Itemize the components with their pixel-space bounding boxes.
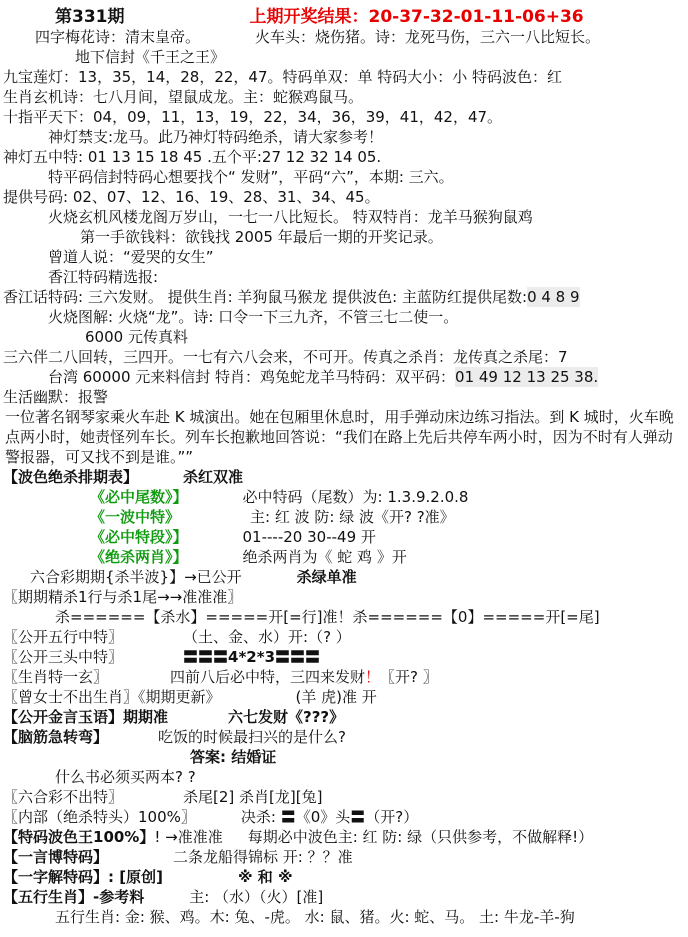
text-segment: 点两小时，她责怪列车长。列车长抱歉地回答说：“我们在路上先后共停车两小时，因为不… bbox=[5, 427, 673, 447]
text-line: 《必中特段》】01----20 30--49 开 bbox=[0, 527, 688, 547]
text-segment: 〖公开三头中特〗 bbox=[3, 647, 123, 667]
text-segment: 神灯五中特: 01 13 15 18 45 .五个平:27 12 32 14 0… bbox=[3, 147, 381, 167]
text-segment: 杀红双准 bbox=[183, 467, 243, 487]
text-line: 地下信封《千王之王》 bbox=[0, 47, 688, 67]
text-line: 火烧玄机风楼龙阁万岁山，一七一八比短长。 特双特肖：龙羊马猴狗鼠鸡 bbox=[0, 207, 688, 227]
text-segment: 提供号码: 02、07、12、16、19、28、31、34、45。 bbox=[3, 187, 380, 207]
text-segment: 主: （水）（火）[准] bbox=[189, 887, 323, 907]
text-line: 6000 元传真料 bbox=[0, 327, 688, 347]
text-segment: 神灯禁支:龙马。此乃神灯特码绝杀，请大家参考！ bbox=[48, 127, 383, 147]
text-segment: 《必中尾数》】 bbox=[90, 487, 188, 507]
text-segment: 九宝莲灯：13，35，14，28，22，47。特码单双：单 特码大小：小 特码波… bbox=[3, 67, 562, 87]
text-line: 第一手欲钱料：欲钱找 2005 年最后一期的开奖记录。 bbox=[0, 227, 688, 247]
last-draw-result: 上期开奖结果：20-37-32-01-11-06+36 bbox=[250, 7, 584, 27]
header-line: 第331期上期开奖结果：20-37-32-01-11-06+36 bbox=[0, 7, 688, 27]
text-segment: 【波色绝杀排期表】 bbox=[3, 467, 138, 487]
text-line: 三六伴二八回转，三四开。一七有六八会来，不可开。传真之杀肖：龙传真之杀尾：7 bbox=[0, 347, 688, 367]
text-segment: 〖开? 〗 bbox=[380, 667, 438, 687]
text-segment: 6000 元传真料 bbox=[85, 327, 188, 347]
text-segment: 0 4 8 9 bbox=[527, 287, 579, 307]
text-line: 【特码波色王100%】! →准准准每期必中波色主: 红 防: 绿（只供参考，不做… bbox=[0, 827, 688, 847]
text-line: 【脑筋急转弯】吃饭的时候最扫兴的是什么? bbox=[0, 727, 688, 747]
text-line: 〖公开五行中特〗（土、金、水）开:（? ） bbox=[0, 627, 688, 647]
text-line: 《一波中特》主: 红 波 防: 绿 波《开? ?准》 bbox=[0, 507, 688, 527]
text-segment: 必中特码（尾数）为: 1.3.9.2.0.8 bbox=[243, 487, 469, 507]
riddle-answer: 答案: 结婚证 bbox=[0, 747, 688, 767]
text-segment: 决杀: 〓《0》头〓（开?） bbox=[241, 807, 418, 827]
text-line: 杀======【杀水】=====开[=行]准！杀======【0】=====开[… bbox=[0, 607, 688, 627]
text-segment: 六七发财《???》 bbox=[228, 707, 344, 727]
text-line: 九宝莲灯：13，35，14，28，22，47。特码单双：单 特码大小：小 特码波… bbox=[0, 67, 688, 87]
text-segment: 火烧玄机风楼龙阁万岁山，一七一八比短长。 特双特肖：龙羊马猴狗鼠鸡 bbox=[48, 207, 533, 227]
text-segment: （土、金、水）开:（? ） bbox=[183, 627, 351, 647]
text-segment: 绝杀两肖为《 蛇 鸡 》开 bbox=[243, 547, 407, 567]
text-segment: 〓〓〓4*2*3〓〓〓 bbox=[183, 647, 320, 667]
text-line: 神灯禁支:龙马。此乃神灯特码绝杀，请大家参考！ bbox=[0, 127, 688, 147]
text-segment: 〖内部（绝杀特头）100%〗 bbox=[3, 807, 196, 827]
text-segment: 地下信封《千王之王》 bbox=[75, 47, 225, 67]
text-segment: 〖六合彩不出特〗 bbox=[3, 787, 123, 807]
text-line: 六合彩期期{杀半波}】→已公开杀绿单准 bbox=[0, 567, 688, 587]
text-segment: 第一手欲钱料：欲钱找 2005 年最后一期的开奖记录。 bbox=[80, 227, 443, 247]
text-line: 〖内部（绝杀特头）100%〗决杀: 〓《0》头〓（开?） bbox=[0, 807, 688, 827]
text-line: 〖曾女士不出生肖〗《期期更新》(羊 虎)准 开 bbox=[0, 687, 688, 707]
text-segment: 曾道人说：“爱哭的女生” bbox=[48, 247, 214, 267]
lottery-tip-sheet: 第331期上期开奖结果：20-37-32-01-11-06+36四字梅花诗：清末… bbox=[0, 0, 688, 927]
text-segment: 每期必中波色主: 红 防: 绿（只供参考，不做解释!） bbox=[248, 827, 593, 847]
text-segment: 十指平天下：04，09，11，13，19，22，34，36，39，41，42，4… bbox=[3, 107, 502, 127]
text-segment: ! →准准准 bbox=[154, 827, 222, 847]
text-segment: 《必中特段》】 bbox=[90, 527, 188, 547]
text-line: 五行生肖: 金: 猴、鸡。木: 兔、-虎。 水: 鼠、猪。火: 蛇、马。 土: … bbox=[0, 907, 688, 927]
text-segment: 答案: 结婚证 bbox=[190, 747, 276, 767]
text-segment: 火烧图解: 火烧“龙”。诗: 口令一下三九齐，不管三七二使一。 bbox=[48, 307, 458, 327]
text-segment: 台湾 60000 元来料信封 特肖：鸡兔蛇龙羊马特码：双平码： bbox=[48, 367, 455, 387]
text-line: 警报器，可又找不到是谁。”” bbox=[0, 447, 688, 467]
text-line: 曾道人说：“爱哭的女生” bbox=[0, 247, 688, 267]
text-segment: 《绝杀两肖》】 bbox=[90, 547, 188, 567]
text-segment: 【特码波色王100%】 bbox=[3, 827, 154, 847]
text-segment: 〖曾女士不出生肖〗《期期更新》 bbox=[3, 687, 221, 707]
text-segment: 杀绿单准 bbox=[297, 567, 357, 587]
text-segment: 特平码信封特码心想要找个“ 发财”，平码“六”，本期: 三六。 bbox=[48, 167, 454, 187]
text-segment: 主: 红 波 防: 绿 波《开? ?准》 bbox=[250, 507, 455, 527]
text-line: 生肖玄机诗：七八月间，望鼠成龙。主：蛇猴鸡鼠马。 bbox=[0, 87, 688, 107]
text-segment: 吃饭的时候最扫兴的是什么? bbox=[158, 727, 346, 747]
text-segment: 【公开金言玉语】期期准 bbox=[3, 707, 168, 727]
text-segment: (羊 虎)准 开 bbox=[296, 687, 377, 707]
text-line: 火烧图解: 火烧“龙”。诗: 口令一下三九齐，不管三七二使一。 bbox=[0, 307, 688, 327]
text-segment: 警报器，可又找不到是谁。”” bbox=[5, 447, 193, 467]
text-line: 《绝杀两肖》】绝杀两肖为《 蛇 鸡 》开 bbox=[0, 547, 688, 567]
text-segment: 香江特码精选报: bbox=[48, 267, 158, 287]
text-line: 《必中尾数》】必中特码（尾数）为: 1.3.9.2.0.8 bbox=[0, 487, 688, 507]
text-segment: 01----20 30--49 开 bbox=[243, 527, 376, 547]
text-segment: 杀======【杀水】=====开[=行]准！杀======【0】=====开[… bbox=[55, 607, 600, 627]
text-line: 四字梅花诗：清末皇帝。火车头：烧伤猪。诗：龙死马伤，三六一八比短长。 bbox=[0, 27, 688, 47]
text-segment: 一位著名钢琴家乘火车赴 K 城演出。她在包厢里休息时，用手弹动床边练习指法。到 … bbox=[5, 407, 674, 427]
text-segment: ！ bbox=[365, 667, 380, 687]
text-segment: 二条龙船得锦标 开: ？？准 bbox=[173, 847, 353, 867]
text-line: 提供号码: 02、07、12、16、19、28、31、34、45。 bbox=[0, 187, 688, 207]
text-segment: 五行生肖: 金: 猴、鸡。木: 兔、-虎。 水: 鼠、猪。火: 蛇、马。 土: … bbox=[55, 907, 575, 927]
text-line: 【一言博特码】二条龙船得锦标 开: ？？准 bbox=[0, 847, 688, 867]
text-line: 【公开金言玉语】期期准六七发财《???》 bbox=[0, 707, 688, 727]
text-line: 〖六合彩不出特〗杀尾[2] 杀肖[龙][兔] bbox=[0, 787, 688, 807]
text-segment: 【一言博特码】 bbox=[3, 847, 108, 867]
text-segment: ※ 和 ※ bbox=[238, 867, 293, 887]
text-line: 香江话特码: 三六发财。 提供生肖: 羊狗鼠马猴龙 提供波色: 主蓝防红提供尾数… bbox=[0, 287, 688, 307]
text-line: 【一字解特码】: [原创]※ 和 ※ bbox=[0, 867, 688, 887]
text-line: 特平码信封特码心想要找个“ 发财”，平码“六”，本期: 三六。 bbox=[0, 167, 688, 187]
text-segment: 01 49 12 13 25 38. bbox=[455, 367, 598, 387]
text-segment: 【脑筋急转弯】 bbox=[3, 727, 108, 747]
text-line: 香江特码精选报: bbox=[0, 267, 688, 287]
text-segment: 香江话特码: 三六发财。 提供生肖: 羊狗鼠马猴龙 提供波色: 主蓝防红提供尾数… bbox=[3, 287, 527, 307]
text-segment: 四字梅花诗：清末皇帝。 bbox=[35, 27, 200, 47]
text-segment: 三六伴二八回转，三四开。一七有六八会来，不可开。传真之杀肖：龙传真之杀尾：7 bbox=[3, 347, 568, 367]
text-segment: 六合彩期期{杀半波}】→已公开 bbox=[30, 567, 242, 587]
text-line: 〖公开三头中特〗〓〓〓4*2*3〓〓〓 bbox=[0, 647, 688, 667]
text-segment: 四前八后必中特，三四来发财 bbox=[170, 667, 365, 687]
text-segment: 什么书必须买两本? ? bbox=[55, 767, 196, 787]
text-segment: 〖公开五行中特〗 bbox=[3, 627, 123, 647]
text-line: 〖生肖特一玄〗四前八后必中特，三四来发财！〖开? 〗 bbox=[0, 667, 688, 687]
text-line: 一位著名钢琴家乘火车赴 K 城演出。她在包厢里休息时，用手弹动床边练习指法。到 … bbox=[0, 407, 688, 427]
text-line: 台湾 60000 元来料信封 特肖：鸡兔蛇龙羊马特码：双平码：01 49 12 … bbox=[0, 367, 688, 387]
text-segment: 生肖玄机诗：七八月间，望鼠成龙。主：蛇猴鸡鼠马。 bbox=[3, 87, 363, 107]
text-line: 【波色绝杀排期表】杀红双准 bbox=[0, 467, 688, 487]
text-segment: 《一波中特》 bbox=[90, 507, 180, 527]
text-line: 十指平天下：04，09，11，13，19，22，34，36，39，41，42，4… bbox=[0, 107, 688, 127]
text-line: 神灯五中特: 01 13 15 18 45 .五个平:27 12 32 14 0… bbox=[0, 147, 688, 167]
text-line: 生活幽默：报警 bbox=[0, 387, 688, 407]
text-segment: 〖生肖特一玄〗 bbox=[3, 667, 108, 687]
text-segment: 【五行生肖】-参考料 bbox=[3, 887, 144, 907]
text-line: 点两小时，她责怪列车长。列车长抱歉地回答说：“我们在路上先后共停车两小时，因为不… bbox=[0, 427, 688, 447]
text-segment: 生活幽默：报警 bbox=[3, 387, 108, 407]
text-segment: 〖期期精杀1行与杀1尾→→准准准〗 bbox=[3, 587, 242, 607]
text-line: 〖期期精杀1行与杀1尾→→准准准〗 bbox=[0, 587, 688, 607]
text-line: 什么书必须买两本? ? bbox=[0, 767, 688, 787]
issue-number: 第331期 bbox=[55, 7, 125, 27]
text-segment: 杀尾[2] 杀肖[龙][兔] bbox=[183, 787, 322, 807]
text-segment: 火车头：烧伤猪。诗：龙死马伤，三六一八比短长。 bbox=[255, 27, 600, 47]
text-segment: 【一字解特码】: [原创] bbox=[3, 867, 163, 887]
text-line: 【五行生肖】-参考料主: （水）（火）[准] bbox=[0, 887, 688, 907]
